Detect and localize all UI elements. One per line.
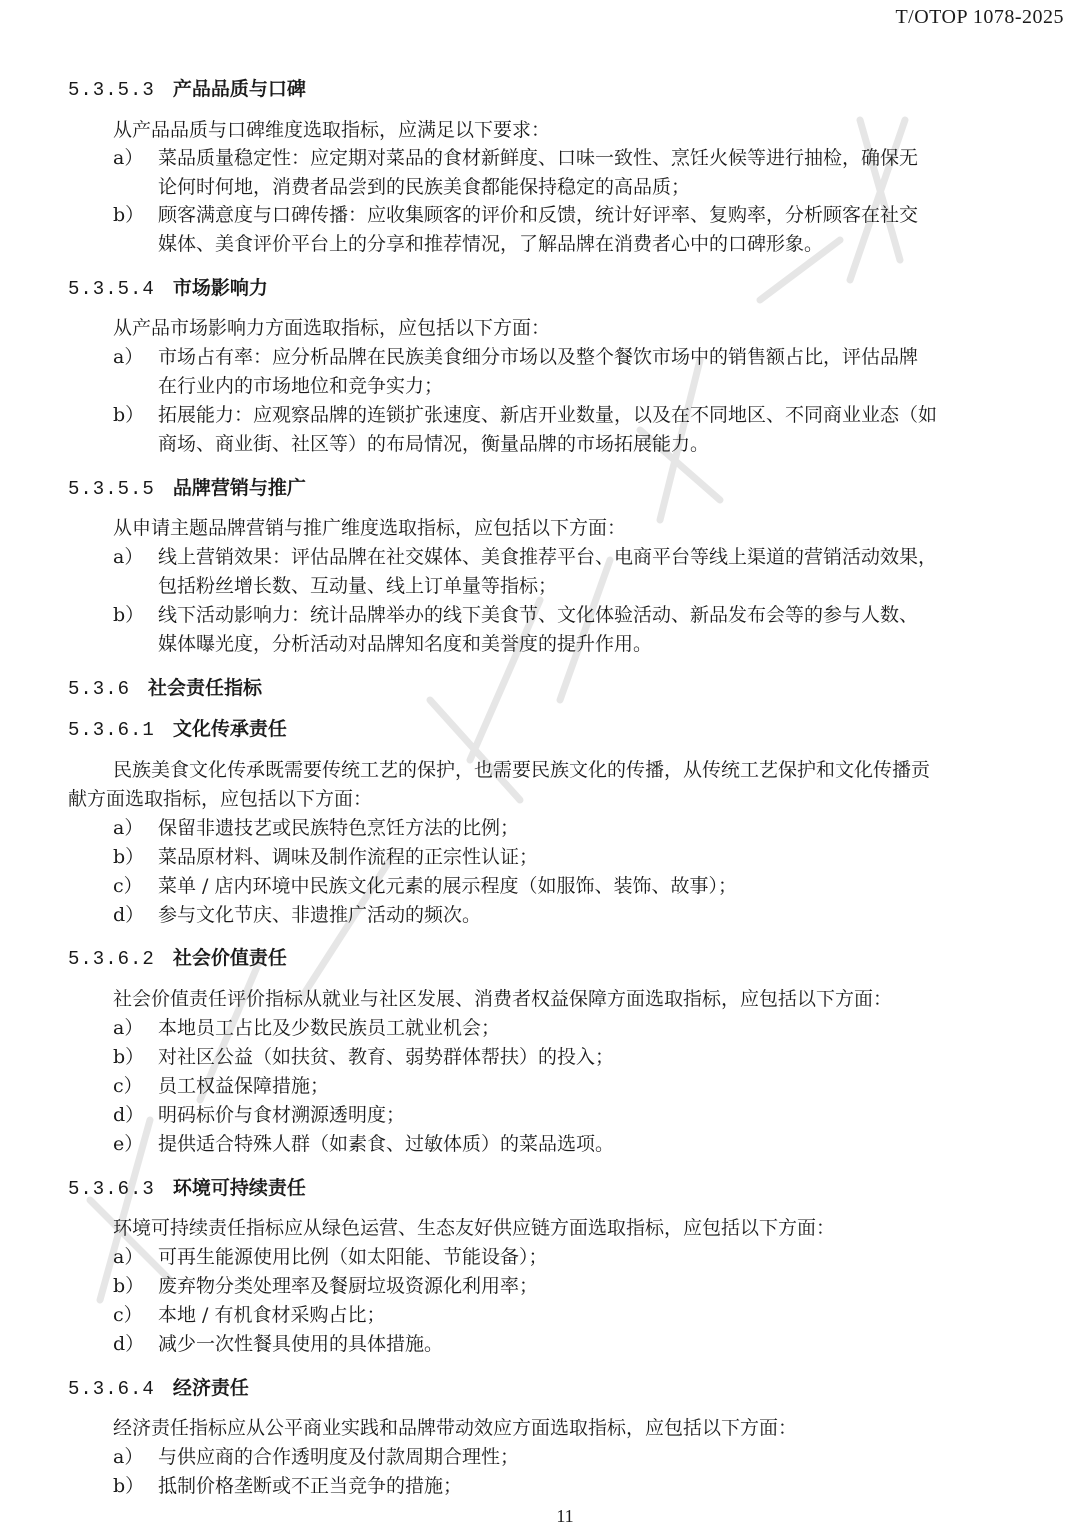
section-number: 5.3.5.3 (68, 79, 155, 101)
list-item-label: a） (113, 814, 143, 843)
list-item-text: 提供适合特殊人群（如素食、过敏体质）的菜品选项。 (158, 1130, 614, 1159)
section-number: 5.3.5.4 (68, 278, 155, 300)
list-item-text: 废弃物分类处理率及餐厨垃圾资源化利用率； (158, 1272, 538, 1301)
section-heading-5353: 5.3.5.3产品品质与口碑 (68, 74, 306, 101)
list-item-text: 本地员工占比及少数民族员工就业机会； (158, 1014, 500, 1043)
document-code: T/OTOP 1078-2025 (895, 6, 1064, 29)
page-number: 11 (0, 1506, 1080, 1527)
section-heading-5355: 5.3.5.5品牌营销与推广 (68, 473, 306, 500)
section-intro: 环境可持续责任指标应从绿色运营、生态友好供应链方面选取指标，应包括以下方面： (113, 1214, 835, 1243)
list-item-label: a） (113, 1243, 143, 1272)
list-item-text: 参与文化节庆、非遗推广活动的频次。 (158, 901, 481, 930)
section-heading-5364: 5.3.6.4经济责任 (68, 1373, 249, 1400)
list-item-label: d） (113, 901, 144, 930)
list-item-text: 明码标价与食材溯源透明度； (158, 1101, 405, 1130)
list-item-text: 保留非遗技艺或民族特色烹饪方法的比例； (158, 814, 519, 843)
document-page: T/OTOP 1078-2025 5.3.5.3产品品质与口碑 从产品品质与口碑… (0, 0, 1080, 1530)
section-heading-536: 5.3.6社会责任指标 (68, 673, 262, 700)
list-item-label: c） (113, 1072, 143, 1101)
section-number: 5.3.6.3 (68, 1178, 155, 1200)
list-item-text: 减少一次性餐具使用的具体措施。 (158, 1330, 443, 1359)
list-item-text: 本地 / 有机食材采购占比； (158, 1301, 385, 1330)
section-number: 5.3.5.5 (68, 478, 155, 500)
list-item-text: 线上营销效果：评估品牌在社交媒体、美食推荐平台、电商平台等线上渠道的营销活动效果… (158, 543, 937, 572)
list-item-text: 可再生能源使用比例（如太阳能、节能设备）； (158, 1243, 548, 1272)
section-number: 5.3.6.4 (68, 1378, 155, 1400)
section-number: 5.3.6.2 (68, 948, 155, 970)
list-item-text: 拓展能力：应观察品牌的连锁扩张速度、新店开业数量，以及在不同地区、不同商业业态（… (158, 401, 937, 430)
section-heading-5361: 5.3.6.1文化传承责任 (68, 714, 287, 741)
list-item-text: 顾客满意度与口碑传播：应收集顾客的评价和反馈，统计好评率、复购率，分析顾客在社交 (158, 201, 918, 230)
list-item-text: 抵制价格垄断或不正当竞争的措施； (158, 1472, 462, 1501)
list-item-label: b） (113, 201, 144, 230)
list-item-label: b） (113, 1472, 144, 1501)
list-item-label: a） (113, 144, 143, 173)
list-item-text: 论何时何地，消费者品尝到的民族美食都能保持稳定的高品质； (158, 173, 690, 202)
list-item-text: 菜品原材料、调味及制作流程的正宗性认证； (158, 843, 538, 872)
section-title: 品牌营销与推广 (173, 477, 306, 499)
list-item-text: 商场、商业街、社区等）的布局情况，衡量品牌的市场拓展能力。 (158, 430, 709, 459)
list-item-text: 员工权益保障措施； (158, 1072, 329, 1101)
list-item-label: a） (113, 543, 143, 572)
section-title: 产品品质与口碑 (173, 78, 306, 100)
section-title: 社会价值责任 (173, 947, 287, 969)
list-item-label: c） (113, 1301, 143, 1330)
section-intro: 从产品品质与口碑维度选取指标，应满足以下要求： (113, 116, 550, 145)
section-heading-5362: 5.3.6.2社会价值责任 (68, 943, 287, 970)
section-number: 5.3.6 (68, 678, 130, 700)
list-item-label: b） (113, 601, 144, 630)
list-item-text: 媒体曝光度，分析活动对品牌知名度和美誉度的提升作用。 (158, 630, 652, 659)
section-heading-5363: 5.3.6.3环境可持续责任 (68, 1173, 306, 1200)
section-paragraph: 献方面选取指标，应包括以下方面： (68, 785, 372, 814)
list-item-label: a） (113, 1443, 143, 1472)
list-item-text: 菜品质量稳定性：应定期对菜品的食材新鲜度、口味一致性、烹饪火候等进行抽检，确保无 (158, 144, 918, 173)
section-number: 5.3.6.1 (68, 719, 155, 741)
list-item-text: 包括粉丝增长数、互动量、线上订单量等指标； (158, 572, 557, 601)
section-heading-5354: 5.3.5.4市场影响力 (68, 273, 268, 300)
list-item-label: c） (113, 872, 143, 901)
list-item-label: a） (113, 343, 143, 372)
list-item-label: d） (113, 1101, 144, 1130)
list-item-text: 线下活动影响力：统计品牌举办的线下美食节、文化体验活动、新品发布会等的参与人数、 (158, 601, 918, 630)
section-title: 市场影响力 (173, 277, 268, 299)
section-title: 经济责任 (173, 1377, 249, 1399)
list-item-label: b） (113, 1043, 144, 1072)
list-item-label: b） (113, 401, 144, 430)
section-paragraph: 民族美食文化传承既需要传统工艺的保护，也需要民族文化的传播，从传统工艺保护和文化… (113, 756, 930, 785)
list-item-label: b） (113, 843, 144, 872)
list-item-label: a） (113, 1014, 143, 1043)
list-item-text: 菜单 / 店内环境中民族文化元素的展示程度（如服饰、装饰、故事）； (158, 872, 737, 901)
list-item-text: 与供应商的合作透明度及付款周期合理性； (158, 1443, 519, 1472)
list-item-text: 对社区公益（如扶贫、教育、弱势群体帮扶）的投入； (158, 1043, 614, 1072)
section-intro: 从产品市场影响力方面选取指标，应包括以下方面： (113, 314, 550, 343)
section-intro: 从申请主题品牌营销与推广维度选取指标，应包括以下方面： (113, 514, 626, 543)
list-item-text: 市场占有率：应分析品牌在民族美食细分市场以及整个餐饮市场中的销售额占比，评估品牌 (158, 343, 918, 372)
section-title: 文化传承责任 (173, 718, 287, 740)
list-item-label: e） (113, 1130, 143, 1159)
list-item-label: d） (113, 1330, 144, 1359)
section-intro: 经济责任指标应从公平商业实践和品牌带动效应方面选取指标，应包括以下方面： (113, 1414, 797, 1443)
list-item-label: b） (113, 1272, 144, 1301)
section-intro: 社会价值责任评价指标从就业与社区发展、消费者权益保障方面选取指标，应包括以下方面… (113, 985, 892, 1014)
list-item-text: 在行业内的市场地位和竞争实力； (158, 372, 443, 401)
section-title: 社会责任指标 (148, 677, 262, 699)
section-title: 环境可持续责任 (173, 1177, 306, 1199)
list-item-text: 媒体、美食评价平台上的分享和推荐情况，了解品牌在消费者心中的口碑形象。 (158, 230, 823, 259)
